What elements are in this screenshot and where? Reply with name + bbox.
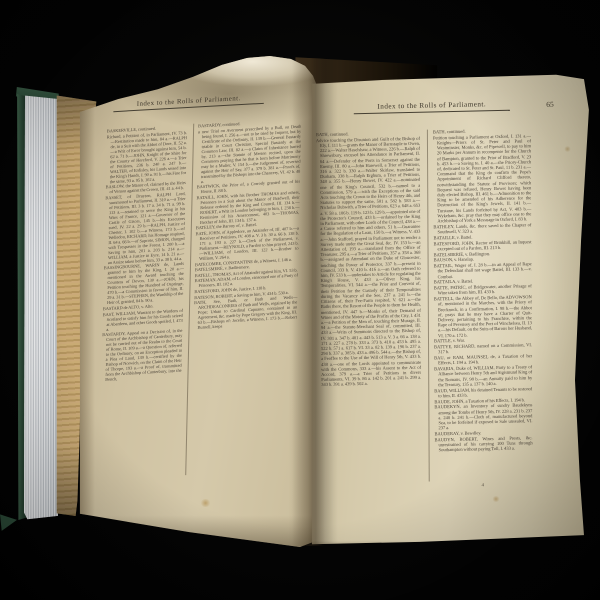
index-entry: BASSET, of Drayton, RALPH Lord, summoned… bbox=[104, 191, 186, 265]
right-column-2: BATH, continued.Petition touching a Parl… bbox=[427, 127, 533, 481]
left-page: 64 Index to the Rolls of Parliament. BAS… bbox=[78, 54, 320, 550]
photo-backdrop: 64 Index to the Rolls of Parliament. BAS… bbox=[0, 0, 600, 600]
right-running-title: Index to the Rolls of Parliament. bbox=[354, 100, 510, 114]
left-running-title: Index to the Rolls of Parliament. bbox=[113, 94, 264, 112]
index-entry: Richard, a Petition of, in Parliament, I… bbox=[106, 130, 187, 184]
index-entry: BATH, See, Bath, or Bath and Wells—ARCHD… bbox=[194, 295, 298, 331]
left-page-text: 64 Index to the Rolls of Parliament. BAS… bbox=[96, 81, 318, 522]
right-page: Index to the Rolls of Parliament. 65 BAT… bbox=[305, 70, 595, 550]
index-entry: BAVARIA, Duke of, WILLIAM, Party to a Tr… bbox=[434, 364, 532, 387]
index-entry: Advice touching the Disunion and Guilt o… bbox=[316, 136, 421, 388]
index-entry: BATTELL, the Abbey of, De Bello, the ADV… bbox=[434, 294, 532, 338]
left-column-1: BASKERVILLE, continued.Richard, a Petiti… bbox=[99, 124, 187, 480]
signature-mark: 4 bbox=[468, 482, 498, 488]
index-entry: BASSINGBOURNE, WARIN de, Lands granted t… bbox=[103, 261, 184, 305]
left-column-2: BASTARDY, continued.a new Trial on Averm… bbox=[185, 118, 301, 475]
right-column-1: BATH, continued.Advice touching the Disu… bbox=[316, 130, 422, 484]
book-cover-bottom-corner bbox=[0, 510, 17, 532]
index-entry: Petition touching a Parliament at Oxford… bbox=[433, 133, 531, 224]
right-page-number: 65 bbox=[546, 100, 554, 109]
page-block-edges bbox=[24, 93, 58, 521]
index-entry: BAUDYN, ROBERT, Wines and Prests, &c. un… bbox=[435, 435, 533, 453]
right-page-text: Index to the Rolls of Parliament. 65 BAT… bbox=[316, 91, 550, 536]
right-page-header: Index to the Rolls of Parliament. 65 bbox=[316, 91, 548, 130]
index-entry: a new Trial on Averment prescribed by a … bbox=[197, 123, 302, 184]
left-columns: BASKERVILLE, continued.Richard, a Petiti… bbox=[97, 118, 302, 480]
index-entry: BASTARDY, Appeal on a Decision of, in th… bbox=[101, 328, 182, 382]
index-entry: BAUDEKYN, an Inventory of sundry Baudeky… bbox=[434, 403, 532, 431]
index-entry: BATTAIL, Wager of, I. 28 b.—in an Appeal… bbox=[434, 261, 532, 279]
right-columns: BATH, continued.Advice touching the Disu… bbox=[316, 127, 533, 484]
